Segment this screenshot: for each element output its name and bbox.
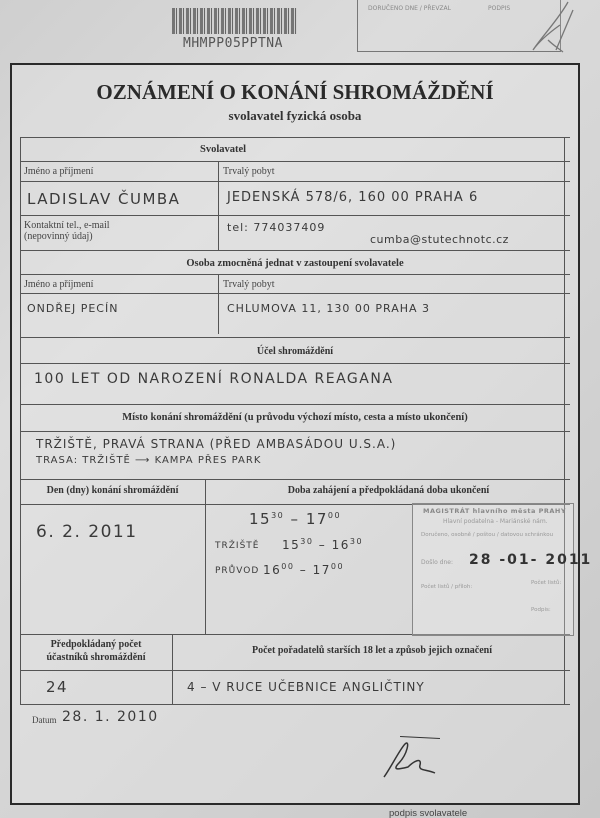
convener-residence-label: Trvalý pobyt — [223, 166, 275, 177]
location-section-label: Místo konání shromáždění (u průvodu vých… — [20, 412, 570, 423]
time-label: Doba zahájení a předpokládaná doba ukonč… — [207, 485, 570, 496]
delivery-stamp-label: DORUČENO DNE / PŘEVZAL — [368, 5, 451, 12]
barcode-text: MHMPP05PPTNA — [183, 36, 283, 51]
registry-stamp-title: MAGISTRÁT hlavního města PRAHY — [423, 507, 566, 515]
divider — [20, 363, 570, 364]
barcode — [172, 8, 297, 34]
divider — [20, 274, 570, 275]
convener-name-label: Jméno a příjmení — [24, 166, 93, 177]
stewards-value[interactable]: 4 – V RUCE UČEBNICE ANGLIČTINY — [187, 680, 425, 694]
representative-name-label: Jméno a příjmení — [24, 279, 93, 290]
representative-residence-value[interactable]: CHLUMOVA 11, 130 00 PRAHA 3 — [227, 302, 430, 315]
divider — [20, 431, 570, 432]
signature-icon — [380, 739, 450, 779]
initials-signature-icon — [518, 0, 578, 55]
participants-count-label: Předpokládaný počet účastníků shromážděn… — [20, 638, 172, 664]
divider — [20, 293, 570, 294]
contact-label-line2: (nepovinný údaj) — [24, 231, 93, 242]
location-line1-value[interactable]: TRŽIŠTĚ, PRAVÁ STRANA (PŘED AMBASÁDOU U.… — [36, 437, 396, 451]
divider — [20, 670, 570, 671]
delivery-stamp: DORUČENO DNE / PŘEVZAL PODPIS — [357, 0, 561, 52]
divider — [20, 404, 570, 405]
registry-stamp-subtitle: Hlavní podatelna - Mariánské nám. — [443, 518, 548, 525]
location-line2-value[interactable]: TRASA: TRŽIŠTĚ ⟶ KAMPA PŘES PARK — [36, 455, 261, 466]
purpose-section-label: Účel shromáždění — [20, 346, 570, 357]
attachments-label: Počet listů / příloh: — [421, 584, 472, 590]
divider — [172, 634, 173, 704]
received-label: Došlo dne: — [421, 559, 453, 566]
divider — [20, 181, 570, 182]
divider — [20, 137, 21, 704]
convener-section-label: Svolavatel — [20, 144, 570, 155]
divider — [20, 215, 570, 216]
divider — [218, 274, 219, 334]
divider — [218, 161, 219, 250]
day-value[interactable]: 6. 2. 2011 — [36, 522, 138, 542]
divider — [20, 161, 570, 162]
representative-residence-label: Trvalý pobyt — [223, 279, 275, 290]
contact-label: Kontaktní tel., e-mail (nepovinný údaj) — [24, 220, 110, 242]
signature-label: podpis svolavatele — [389, 808, 467, 818]
contact-phone-value[interactable]: tel: 774037409 — [227, 221, 325, 234]
participants-count-label-line1: Předpokládaný počet — [51, 639, 142, 650]
time-line-prefix: TRŽIŠTĚ — [215, 541, 259, 551]
received-date: 28 -01- 2011 — [469, 552, 592, 568]
assembly-notice-form: OZNÁMENÍ O KONÁNÍ SHROMÁŽDĚNÍ svolavatel… — [10, 63, 580, 805]
divider — [20, 337, 570, 338]
purpose-value[interactable]: 100 LET OD NAROZENÍ RONALDA REAGANA — [34, 371, 393, 387]
date-label: Datum — [32, 715, 57, 725]
contact-label-line1: Kontaktní tel., e-mail — [24, 220, 110, 231]
registry-stamp: MAGISTRÁT hlavního města PRAHY Hlavní po… — [412, 503, 574, 636]
sheets-label: Počet listů: — [531, 580, 561, 586]
registry-stamp-note: Doručeno, osobně / poštou / datovou schr… — [421, 532, 553, 538]
date-value[interactable]: 28. 1. 2010 — [62, 709, 159, 725]
divider — [20, 137, 570, 138]
time-line-prefix: PRŮVOD — [215, 566, 259, 576]
form-subtitle: svolavatel fyzická osoba — [12, 108, 578, 124]
contact-email-value[interactable]: cumba@stutechnotc.cz — [370, 233, 509, 246]
divider — [20, 704, 570, 705]
day-label: Den (dny) konání shromáždění — [20, 485, 205, 496]
time-line-value[interactable]: 1530 – 1700 — [249, 510, 341, 528]
delivery-stamp-signature-label: PODPIS — [488, 5, 510, 12]
participants-count-value[interactable]: 24 — [46, 678, 68, 696]
stamp-signature-label: Podpis: — [531, 607, 551, 613]
convener-residence-value[interactable]: JEDENSKÁ 578/6, 160 00 PRAHA 6 — [227, 190, 478, 205]
stewards-label: Počet pořadatelů starších 18 let a způso… — [174, 645, 570, 656]
divider — [205, 479, 206, 634]
divider — [20, 479, 570, 480]
representative-section-label: Osoba zmocněná jednat v zastoupení svola… — [20, 258, 570, 269]
divider — [20, 250, 570, 251]
participants-count-label-line2: účastníků shromáždění — [46, 652, 145, 663]
form-title: OZNÁMENÍ O KONÁNÍ SHROMÁŽDĚNÍ — [12, 80, 578, 105]
time-line-value[interactable]: 1600 – 1700 — [263, 562, 344, 577]
convener-name-value[interactable]: LADISLAV ČUMBA — [27, 190, 180, 208]
representative-name-value[interactable]: ONDŘEJ PECÍN — [27, 302, 118, 315]
time-line-value[interactable]: 1530 – 1630 — [282, 537, 363, 552]
